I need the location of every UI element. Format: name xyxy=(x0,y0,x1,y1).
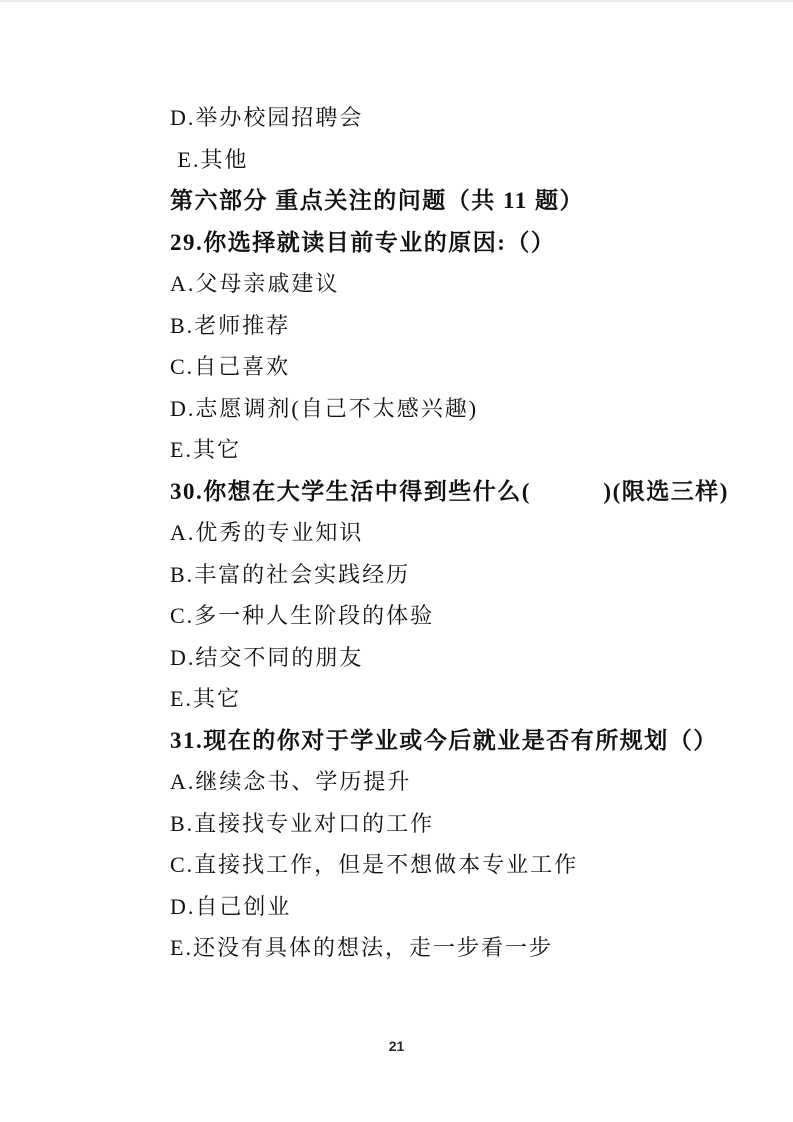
question-30-title: 30.你想在大学生活中得到些什么( )(限选三样) xyxy=(170,471,729,513)
question-30-option-a: A.优秀的专业知识 xyxy=(170,512,729,554)
question-31-option-c: C.直接找工作，但是不想做本专业工作 xyxy=(170,844,729,886)
question-29-option-a: A.父母亲戚建议 xyxy=(170,263,729,305)
section-header: 第六部分 重点关注的问题（共 11 题） xyxy=(170,180,729,222)
prev-question-option-d: D.举办校园招聘会 xyxy=(170,97,729,139)
question-30-option-d: D.结交不同的朋友 xyxy=(170,637,729,679)
question-31-title: 31.现在的你对于学业或今后就业是否有所规划（） xyxy=(170,720,729,762)
question-31-option-b: B.直接找专业对口的工作 xyxy=(170,803,729,845)
question-29-option-e: E.其它 xyxy=(170,429,729,471)
page-number: 21 xyxy=(0,1038,793,1054)
question-31-option-d: D.自己创业 xyxy=(170,886,729,928)
question-30-option-b: B.丰富的社会实践经历 xyxy=(170,554,729,596)
question-29-option-c: C.自己喜欢 xyxy=(170,346,729,388)
question-31-option-a: A.继续念书、学历提升 xyxy=(170,761,729,803)
question-29-option-d: D.志愿调剂(自己不太感兴趣) xyxy=(170,388,729,430)
question-31-option-e: E.还没有具体的想法，走一步看一步 xyxy=(170,927,729,969)
document-page: D.举办校园招聘会 E.其他 第六部分 重点关注的问题（共 11 题） 29.你… xyxy=(0,0,793,1122)
page-content: D.举办校园招聘会 E.其他 第六部分 重点关注的问题（共 11 题） 29.你… xyxy=(170,97,729,969)
question-30-option-c: C.多一种人生阶段的体验 xyxy=(170,595,729,637)
question-29-title: 29.你选择就读目前专业的原因:（） xyxy=(170,222,729,264)
prev-question-option-e: E.其他 xyxy=(170,139,729,181)
page-top-border xyxy=(0,0,793,2)
question-29-option-b: B.老师推荐 xyxy=(170,305,729,347)
question-30-option-e: E.其它 xyxy=(170,678,729,720)
